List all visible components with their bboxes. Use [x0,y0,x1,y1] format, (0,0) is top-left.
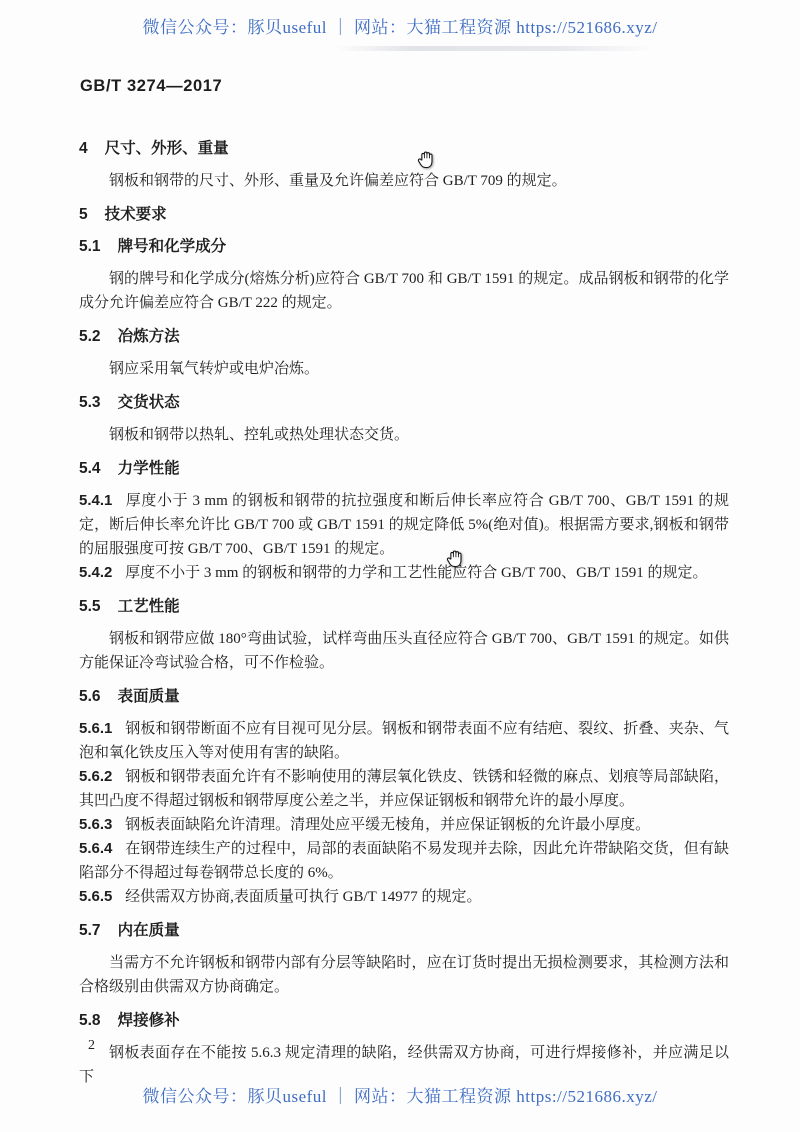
hand-cursor-icon [416,149,435,170]
section-heading-5.6: 5.6表面质量 [79,687,729,707]
clause-text: 在钢带连续生产的过程中，局部的表面缺陷不易发现并去除，因此允许带缺陷交货，但有缺… [79,841,729,881]
section-title: 牌号和化学成分 [118,238,227,255]
section-title: 焊接修补 [118,1012,180,1029]
section-number: 5.6 [79,687,101,707]
header-watermark: 微信公众号：豚贝useful ｜ 网站：大猫工程资源 https://52168… [0,13,800,38]
section-heading-5.8: 5.8焊接修补 [79,1011,729,1031]
section-title: 尺寸、外形、重量 [105,140,229,157]
clause-text: 厚度不小于 3 mm 的钢板和钢带的力学和工艺性能应符合 GB/T 700、GB… [125,565,707,581]
document-page: 微信公众号：豚贝useful ｜ 网站：大猫工程资源 https://52168… [0,0,800,1132]
section-number: 5.8 [79,1011,101,1031]
clause-5.6.5: 5.6.5经供需双方协商,表面质量可执行 GB/T 14977 的规定。 [79,885,729,909]
section-heading-5: 5技术要求 [79,205,729,225]
clause-5.6.3: 5.6.3钢板表面缺陷允许清理。清理处应平缓无棱角，并应保证钢板的允许最小厚度。 [79,813,729,837]
section-number: 5.4 [79,459,101,479]
section-title: 力学性能 [118,460,180,477]
section-number: 5 [79,205,88,225]
clause-number: 5.6.3 [79,816,112,833]
section-heading-5.1: 5.1牌号和化学成分 [79,237,729,257]
section-number: 5.5 [79,597,101,617]
section-number: 5.7 [79,921,101,941]
section-title: 冶炼方法 [118,328,180,345]
section-heading-5.7: 5.7内在质量 [79,921,729,941]
section-title: 工艺性能 [118,598,180,615]
clause-text: 经供需双方协商,表面质量可执行 GB/T 14977 的规定。 [125,889,481,905]
paragraph: 钢的牌号和化学成分(熔炼分析)应符合 GB/T 700 和 GB/T 1591 … [79,267,729,315]
section-heading-5.2: 5.2冶炼方法 [79,327,729,347]
page-number: 2 [88,1038,95,1054]
clause-number: 5.6.4 [79,840,112,857]
paragraph: 当需方不允许钢板和钢带内部有分层等缺陷时，应在订货时提出无损检测要求，其检测方法… [79,951,729,999]
clause-number: 5.6.1 [79,720,112,737]
clause-number: 5.6.2 [79,768,112,785]
section-title: 表面质量 [118,688,180,705]
section-heading-5.5: 5.5工艺性能 [79,597,729,617]
paragraph: 钢板和钢带以热轧、控轧或热处理状态交货。 [79,423,729,447]
section-title: 内在质量 [118,922,180,939]
clause-5.6.2: 5.6.2钢板和钢带表面允许有不影响使用的薄层氧化铁皮、铁锈和轻微的麻点、划痕等… [79,765,729,813]
paragraph: 钢板和钢带应做 180°弯曲试验，试样弯曲压头直径应符合 GB/T 700、GB… [79,627,729,675]
paragraph: 钢应采用氧气转炉或电炉冶炼。 [79,357,729,381]
section-title: 交货状态 [118,394,180,411]
paragraph: 钢板和钢带的尺寸、外形、重量及允许偏差应符合 GB/T 709 的规定。 [79,169,729,193]
section-number: 4 [79,139,88,159]
clause-text: 钢板和钢带表面允许有不影响使用的薄层氧化铁皮、铁锈和轻微的麻点、划痕等局部缺陷，… [79,769,729,809]
clause-5.4.2: 5.4.2厚度不小于 3 mm 的钢板和钢带的力学和工艺性能应符合 GB/T 7… [79,561,729,585]
clause-text: 钢板和钢带断面不应有目视可见分层。钢板和钢带表面不应有结疤、裂纹、折叠、夹杂、气… [79,721,729,761]
clause-5.6.4: 5.6.4在钢带连续生产的过程中，局部的表面缺陷不易发现并去除，因此允许带缺陷交… [79,837,729,885]
clause-number: 5.4.2 [79,564,112,581]
document-body: 4尺寸、外形、重量钢板和钢带的尺寸、外形、重量及允许偏差应符合 GB/T 709… [79,139,729,1089]
section-title: 技术要求 [105,206,167,223]
clause-5.6.1: 5.6.1钢板和钢带断面不应有目视可见分层。钢板和钢带表面不应有结疤、裂纹、折叠… [79,717,729,765]
clause-number: 5.4.1 [79,492,112,509]
clause-text: 钢板表面缺陷允许清理。清理处应平缓无棱角，并应保证钢板的允许最小厚度。 [125,817,650,833]
standard-number: GB/T 3274—2017 [80,77,222,96]
section-heading-4: 4尺寸、外形、重量 [79,139,729,159]
scan-artifact [335,46,655,51]
section-heading-5.4: 5.4力学性能 [79,459,729,479]
section-number: 5.1 [79,237,101,257]
section-heading-5.3: 5.3交货状态 [79,393,729,413]
section-number: 5.2 [79,327,101,347]
clause-5.4.1: 5.4.1厚度小于 3 mm 的钢板和钢带的抗拉强度和断后伸长率应符合 GB/T… [79,489,729,561]
section-number: 5.3 [79,393,101,413]
clause-number: 5.6.5 [79,888,112,905]
footer-watermark: 微信公众号：豚贝useful ｜ 网站：大猫工程资源 https://52168… [0,1082,800,1107]
clause-text: 厚度小于 3 mm 的钢板和钢带的抗拉强度和断后伸长率应符合 GB/T 700、… [79,493,729,557]
hand-cursor-icon [445,548,464,569]
